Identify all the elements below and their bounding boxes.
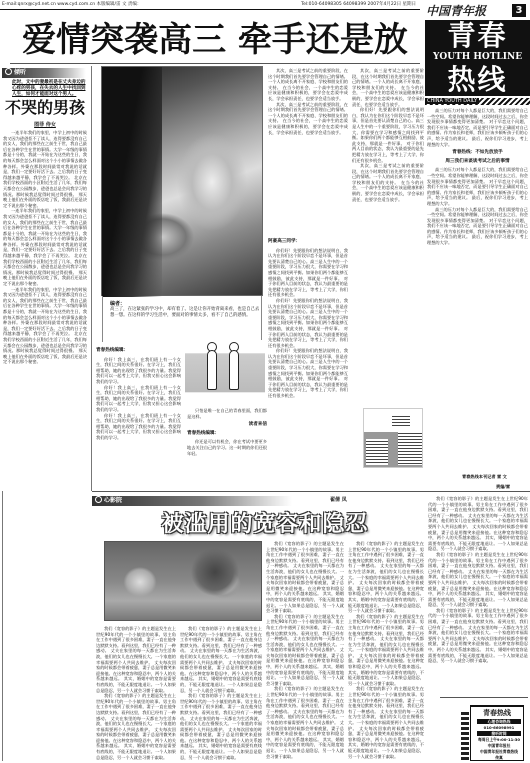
photo-caption: 编者： 高三了，在这紧张的学习中，却有着了。这是让你开始背离来看，也是自己去想一… xyxy=(110,301,260,319)
hotline-phone: 010-66098991 xyxy=(477,725,521,730)
hotline-title: 青春热线 xyxy=(471,708,523,718)
section-tag-listen: 倾听 xyxy=(2,68,86,78)
header-date: Tel:010-64098305 64098399 2007年4月22日 星期日 xyxy=(301,0,416,10)
bottom-col-1: 我们《宽容的影子》的主题是发生在上世纪90年代的一个小镇里的故事。男主角在工作中… xyxy=(96,626,176,761)
section-tag-cinema: 心影院 xyxy=(92,496,292,506)
photo-mother-baby xyxy=(104,541,262,621)
newspaper-logo: 中国青年报 xyxy=(426,2,486,19)
middle-right-column: 其次，高三是考试之前的重要阶段，在这个时期我们首先要学会管理自己的情绪。一个人的… xyxy=(352,68,424,408)
page-number: 3 xyxy=(512,4,526,17)
hotline-info-box: 青春热线 心理咨询热线 010-66098991 接听时间 每周日上午9:00-… xyxy=(470,705,524,761)
section-banner: 青春 YOUTH HOTLINE 热线 xyxy=(425,20,530,96)
divider xyxy=(10,63,420,64)
lead-paragraph: 此时，文中的妻最初是在丈夫身边的心疼的男孩，在失去的人生中找回到人生，如何才能面… xyxy=(12,80,86,98)
editor-credit: 责编/雷 xyxy=(496,484,510,490)
hotline-side-strip xyxy=(461,712,469,760)
section-divider xyxy=(92,491,530,492)
banner-title-bottom: 热线 xyxy=(425,64,530,96)
photo-boy xyxy=(101,66,263,296)
header-info-bar: E-mail:qnrx@cyd.net.cn www.cyd.com.cn 本版… xyxy=(0,0,420,10)
cartoon-illustration xyxy=(185,340,265,405)
right-column: 高三的压力对每个人都是巨大的，我们需要给自己一些空间。希望你能够理解，这段时间过… xyxy=(427,108,528,488)
bottom-col-2: 我们《宽容的影子》的主题是发生在上世纪90年代的一个小镇里的故事。男主角在工作中… xyxy=(180,626,262,761)
bottom-col-4: 我们《宽容的影子》的主题是发生在上世纪90年代的一个小镇里的故事。男主角在工作中… xyxy=(348,541,424,761)
divider xyxy=(440,697,528,698)
column-divider xyxy=(91,66,92,491)
masthead-strip: CHINA YOUTH DAILY xyxy=(425,98,530,105)
masthead: 中国青年报 3 青春 YOUTH HOTLINE 热线 CHINA YOUTH … xyxy=(422,0,530,104)
section-icon xyxy=(95,496,102,503)
books-illustration xyxy=(363,408,423,468)
bottom-col-5: 我们《宽容的影子》的主题是发生在上世纪90年代的一个小镇里的故事。男主角在工作中… xyxy=(428,496,528,696)
section-icon xyxy=(5,68,12,75)
middle-column-body: 阿豪高三同学： 你们好！先要跟你们的想法说明白，我认为在你们这个阶段早恋不是坏事… xyxy=(268,236,348,486)
header-contact: E-mail:qnrx@cyd.net.cn www.cyd.com.cn 本版… xyxy=(2,0,141,10)
banner-title-top: 青春 xyxy=(425,21,530,51)
article-byline: 图菲 侍女 xyxy=(2,121,88,128)
right-column-signature: 青春热线本刊记者 雷 文 xyxy=(462,474,507,480)
middle-column-top: 其次，高三是考试之前的重要阶段，在这个时期我们首先要学会管理自己的情绪。一个人的… xyxy=(268,68,348,228)
article-body: 一连半年我们的家里，中学上初中的时候我又因为爸爸拒不了读人，连得要都没有自己的女… xyxy=(3,130,87,490)
banner-subtitle: YOUTH HOTLINE xyxy=(425,52,530,62)
page-border xyxy=(2,491,3,761)
bottom-author: 翟倩 凤 xyxy=(330,496,347,503)
bottom-article-title: 被滥用的宽容和隐忍 xyxy=(140,510,390,540)
page-headline: 爱情突袭高三 牵手还是放手 xyxy=(10,16,420,64)
bottom-col-3: 我们《宽容的影子》的主题是发生在上世纪90年代的一个小镇里的故事。男主角在工作中… xyxy=(266,541,344,761)
hotline-hours: 每周日上午9:00-11:30 xyxy=(477,737,521,742)
cartoon-caption: 只怕是唯一在自己的青春里面，我们都是这样。 读者来信 青春热线编辑： 你还是可以… xyxy=(187,408,267,488)
letter-body: 青春热线编辑： 你好！我上高三，在我们班上有一个女生，我们之间的关系很好。在学习… xyxy=(96,345,181,485)
article-title: 不哭的男孩 xyxy=(2,98,88,118)
